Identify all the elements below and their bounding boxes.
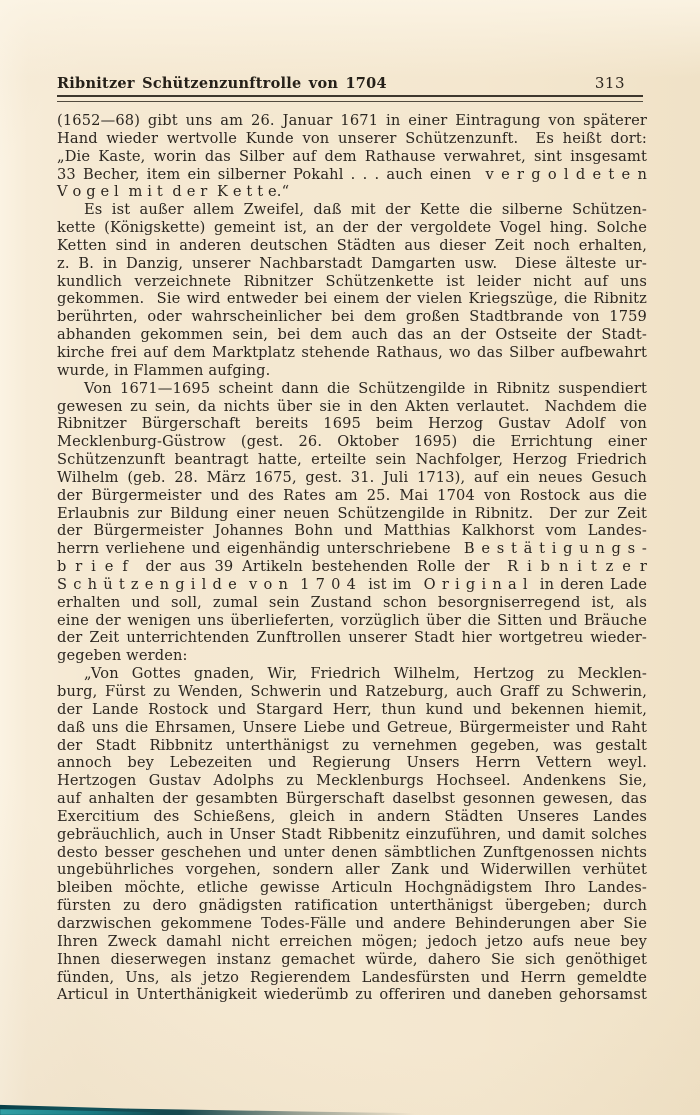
text-line: (1652—68) gibt uns am 26. Januar 1671 in… — [57, 112, 647, 130]
text-line: Ihnen dieserwegen instanz gemachet würde… — [57, 951, 647, 969]
paragraph: (1652—68) gibt uns am 26. Januar 1671 in… — [57, 112, 647, 201]
text-line: wurde, in Flammen aufging. — [57, 362, 647, 380]
paragraph: „Von Gottes gnaden, Wir, Friedrich Wilhe… — [57, 665, 647, 1004]
text-line: „Von Gottes gnaden, Wir, Friedrich Wilhe… — [57, 665, 647, 683]
text-line: abhanden gekommen sein, bei dem auch das… — [57, 326, 647, 344]
text-line: der Lande Rostock und Stargard Herr, thu… — [57, 701, 647, 719]
text-line: ungebührliches vorgehen, sondern aller Z… — [57, 861, 647, 879]
running-title: Ribnitzer Schützenzunftrolle von 1704 — [57, 75, 387, 92]
text-line: gegeben werden: — [57, 647, 647, 665]
text-line: kirche frei auf dem Marktplatz stehende … — [57, 344, 647, 362]
paragraph: Von 1671—1695 scheint dann die Schützeng… — [57, 380, 647, 666]
text-line: Es ist außer allem Zweifel, daß mit der … — [57, 201, 647, 219]
text-line: auf anhalten der gesambten Bürgerschaft … — [57, 790, 647, 808]
text-line: fürsten zu dero gnädigsten ratification … — [57, 897, 647, 915]
text-line: desto besser geschehen und unter denen s… — [57, 844, 647, 862]
text-line: gebräuchlich, auch in Unser Stadt Ribben… — [57, 826, 647, 844]
text-line: gewesen zu sein, da nichts über sie in d… — [57, 398, 647, 416]
text-line: darzwischen gekommene Todes-Fälle und an… — [57, 915, 647, 933]
text-line: der Zeit unterrichtenden Zunftrollen uns… — [57, 629, 647, 647]
text-line: der Bürgermeister Johannes Bohn und Matt… — [57, 522, 647, 540]
text-line: „Die Kaste, worin das Silber auf dem Rat… — [57, 148, 647, 166]
text-line: Ribnitzer Bürgerschaft bereits 1695 beim… — [57, 415, 647, 433]
text-line: Von 1671—1695 scheint dann die Schützeng… — [57, 380, 647, 398]
text-line: z. B. in Danzig, unserer Nachbarstadt Da… — [57, 255, 647, 273]
text-line: berührten, oder wahrscheinlicher bei dem… — [57, 308, 647, 326]
text-line: der Bürgermeister und des Rates am 25. M… — [57, 487, 647, 505]
text-line: bleiben möchte, etliche gewisse Articuln… — [57, 879, 647, 897]
text-line: erhalten und soll, zumal sein Zustand sc… — [57, 594, 647, 612]
text-line: Articul in Unterthänigkeit wiederümb zu … — [57, 986, 647, 1004]
text-line: kundlich verzeichnete Ribnitzer Schützen… — [57, 273, 647, 291]
page-number: 313 — [595, 74, 645, 92]
text-line: Mecklenburg-Güstrow (gest. 26. Oktober 1… — [57, 433, 647, 451]
text-line: eine der wenigen uns überlieferten, vorz… — [57, 612, 647, 630]
text-line: 33 Becher, item ein silberner Pokahl . .… — [57, 166, 647, 184]
text-line: Ketten sind in anderen deutschen Städten… — [57, 237, 647, 255]
text-line: S c h ü t z e n g i l d e v o n 1 7 0 4 … — [57, 576, 647, 594]
text-line: Schützenzunft beantragt hatte, erteilte … — [57, 451, 647, 469]
text-line: Erlaubnis zur Bildung einer neuen Schütz… — [57, 505, 647, 523]
page-header: Ribnitzer Schützenzunftrolle von 1704 31… — [57, 74, 645, 92]
text-line: herrn verliehene und eigenhändig untersc… — [57, 540, 647, 558]
page-scan: Ribnitzer Schützenzunftrolle von 1704 31… — [0, 0, 700, 1115]
text-line: daß uns die Ehrsamen, Unsere Liebe und G… — [57, 719, 647, 737]
text-line: Hertzogen Gustav Adolphs zu Mecklenburgs… — [57, 772, 647, 790]
text-line: Wilhelm (geb. 28. März 1675, gest. 31. J… — [57, 469, 647, 487]
text-line: kette (Königskette) gemeint ist, an der … — [57, 219, 647, 237]
text-line: der Stadt Ribbnitz unterthänigst zu vern… — [57, 737, 647, 755]
header-rule — [57, 95, 643, 102]
text-line: Ihren Zweck damahl nicht erreichen mögen… — [57, 933, 647, 951]
text-line: Exercitium des Schießens, gleich in ande… — [57, 808, 647, 826]
text-line: V o g e l m i t d e r K e t t e.“ — [57, 183, 647, 201]
text-line: gekommen. Sie wird entweder bei einem de… — [57, 290, 647, 308]
text-line: b r i e f der aus 39 Artikeln bestehende… — [57, 558, 647, 576]
text-line: fünden, Uns, als jetzo Regierendem Lande… — [57, 969, 647, 987]
paragraph: Es ist außer allem Zweifel, daß mit der … — [57, 201, 647, 379]
text-body: (1652—68) gibt uns am 26. Januar 1671 in… — [57, 112, 647, 1004]
text-line: annoch bey Lebezeiten und Regierung Unse… — [57, 754, 647, 772]
text-line: Hand wieder wertvolle Kunde von unserer … — [57, 130, 647, 148]
text-line: burg, Fürst zu Wenden, Schwerin und Ratz… — [57, 683, 647, 701]
